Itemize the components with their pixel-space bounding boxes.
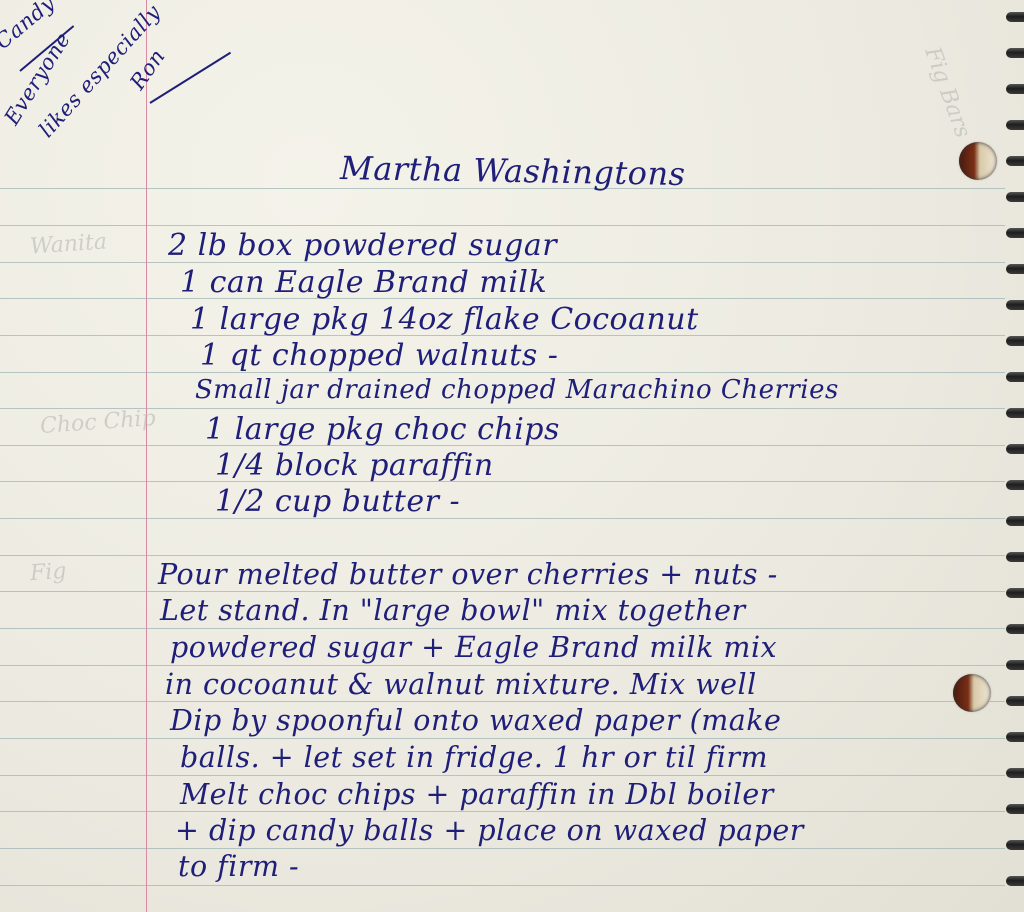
spiral-coil — [1006, 696, 1024, 706]
ruled-line — [0, 738, 1005, 739]
ghost-text: Choc Chip — [39, 406, 156, 439]
ingredient-line: 1 large pkg 14oz flake Cocoanut — [190, 302, 699, 337]
binder-hole — [959, 142, 997, 180]
direction-line: Dip by spoonful onto waxed paper (make — [170, 704, 781, 737]
direction-line: powdered sugar + Eagle Brand milk mix — [170, 631, 777, 664]
spiral-coil — [1006, 444, 1024, 454]
ghost-text: Fig — [29, 559, 67, 586]
spiral-coil — [1006, 552, 1024, 562]
ruled-line — [0, 885, 1005, 886]
binder-hole — [953, 674, 991, 712]
direction-line: to firm - — [178, 850, 299, 883]
ruled-line — [0, 518, 1005, 519]
recipe-title: Martha Washingtons — [340, 149, 686, 193]
direction-line: in cocoanut & walnut mixture. Mix well — [165, 668, 757, 701]
ruled-line — [0, 701, 1005, 702]
spiral-coil — [1006, 516, 1024, 526]
ruled-line — [0, 775, 1005, 776]
ingredient-line: Small jar drained chopped Marachino Cher… — [195, 375, 839, 405]
spiral-coil — [1006, 264, 1024, 274]
direction-line: + dip candy balls + place on waxed paper — [175, 814, 804, 847]
ingredient-line: 2 lb box powdered sugar — [168, 228, 557, 263]
ingredient-line: 1 qt chopped walnuts - — [200, 338, 558, 373]
spiral-coil — [1006, 372, 1024, 382]
ruled-line — [0, 628, 1005, 629]
spiral-coil — [1006, 84, 1024, 94]
ruled-line — [0, 848, 1005, 849]
ruled-line — [0, 811, 1005, 812]
spiral-coil — [1006, 48, 1024, 58]
margin-line — [146, 0, 147, 912]
direction-line: Melt choc chips + paraffin in Dbl boiler — [180, 778, 774, 811]
spiral-coil — [1006, 840, 1024, 850]
spiral-coil — [1006, 156, 1024, 166]
spiral-coil — [1006, 732, 1024, 742]
ruled-line — [0, 555, 1005, 556]
ruled-line — [0, 481, 1005, 482]
ingredient-line: 1/2 cup butter - — [215, 484, 460, 519]
ruled-line — [0, 665, 1005, 666]
spiral-coil — [1006, 12, 1024, 22]
direction-line: balls. + let set in fridge. 1 hr or til … — [180, 741, 768, 774]
ruled-line — [0, 225, 1005, 226]
ghost-text: Wanita — [29, 229, 108, 259]
spiral-coil — [1006, 768, 1024, 778]
spiral-coil — [1006, 300, 1024, 310]
direction-line: Pour melted butter over cherries + nuts … — [158, 558, 778, 591]
spiral-coil — [1006, 336, 1024, 346]
spiral-coil — [1006, 192, 1024, 202]
spiral-coil — [1006, 480, 1024, 490]
spiral-coil — [1006, 228, 1024, 238]
ghost-text: Fig Bars — [919, 44, 975, 141]
spiral-coil — [1006, 120, 1024, 130]
spiral-coil — [1006, 408, 1024, 418]
spiral-coil — [1006, 624, 1024, 634]
spiral-coil — [1006, 588, 1024, 598]
ingredient-line: 1/4 block paraffin — [215, 448, 494, 483]
spiral-coil — [1006, 804, 1024, 814]
direction-line: Let stand. In "large bowl" mix together — [160, 594, 746, 627]
ingredient-line: 1 large pkg choc chips — [205, 412, 560, 447]
ingredient-line: 1 can Eagle Brand milk — [180, 265, 547, 300]
ruled-line — [0, 591, 1005, 592]
spiral-coil — [1006, 660, 1024, 670]
spiral-coil — [1006, 876, 1024, 886]
notebook-page: Fig Bars Wanita Choc Chip Fig Candy Ever… — [0, 0, 1024, 912]
